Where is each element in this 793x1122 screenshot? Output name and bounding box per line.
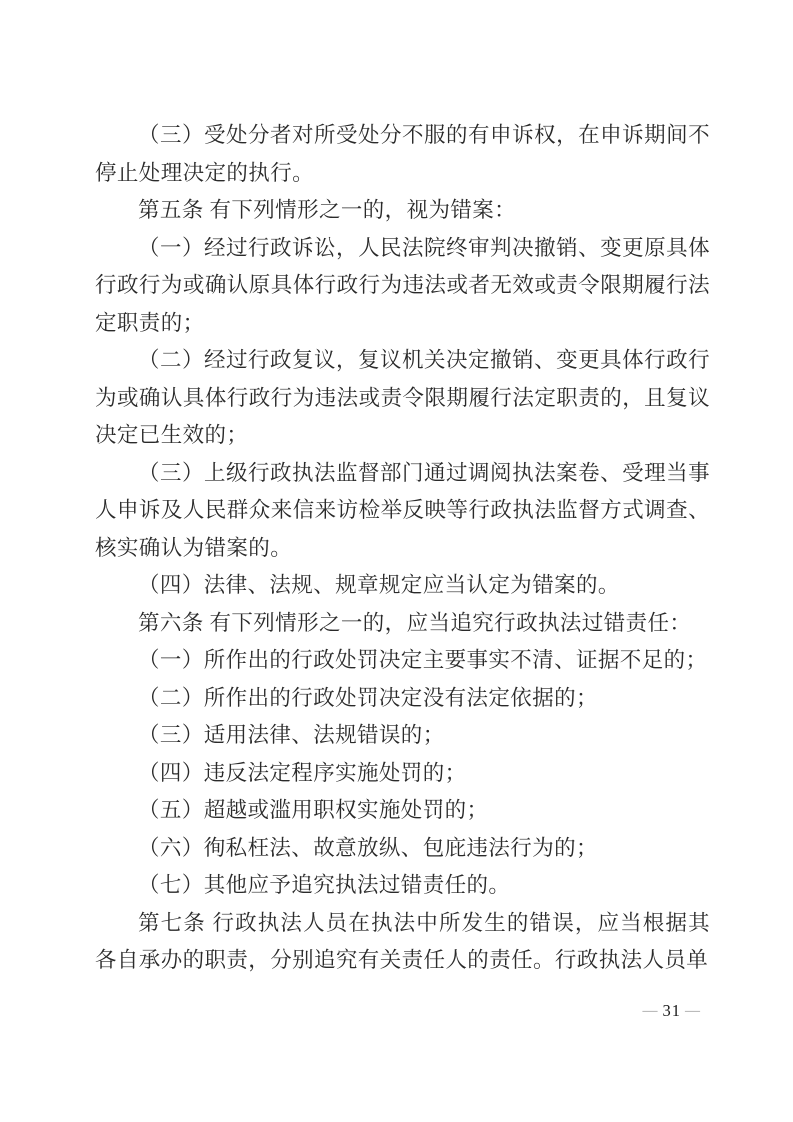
para-item-3-appeal-right: （三）受处分者对所受处分不服的有申诉权，在申诉期间不停止处理决定的执行。 bbox=[95, 117, 710, 192]
page-number-left-dash: — bbox=[643, 1003, 659, 1019]
article-6-item-1: （一）所作出的行政处罚决定主要事实不清、证据不足的； bbox=[95, 642, 710, 680]
article-6-item-4: （四）违反法定程序实施处罚的； bbox=[95, 755, 710, 793]
article-6-heading: 第六条 有下列情形之一的，应当追究行政执法过错责任： bbox=[95, 605, 710, 643]
article-6-item-7: （七）其他应予追究执法过错责任的。 bbox=[95, 867, 710, 905]
document-page: （三）受处分者对所受处分不服的有申诉权，在申诉期间不停止处理决定的执行。 第五条… bbox=[0, 0, 793, 1122]
article-5-item-2: （二）经过行政复议，复议机关决定撤销、变更具体行政行为或确认具体行政行为违法或责… bbox=[95, 342, 710, 455]
article-5-item-4: （四）法律、法规、规章规定应当认定为错案的。 bbox=[95, 567, 710, 605]
article-5-heading: 第五条 有下列情形之一的，视为错案： bbox=[95, 192, 710, 230]
article-6-item-5: （五）超越或滥用职权实施处罚的； bbox=[95, 792, 710, 830]
article-5-item-3: （三）上级行政执法监督部门通过调阅执法案卷、受理当事人申诉及人民群众来信来访检举… bbox=[95, 455, 710, 568]
document-body: （三）受处分者对所受处分不服的有申诉权，在申诉期间不停止处理决定的执行。 第五条… bbox=[95, 117, 710, 980]
page-number: —31— bbox=[643, 1001, 702, 1022]
page-number-right-dash: — bbox=[685, 1003, 701, 1019]
article-6-item-6: （六）徇私枉法、故意放纵、包庇违法行为的； bbox=[95, 830, 710, 868]
article-7-paragraph: 第七条 行政执法人员在执法中所发生的错误，应当根据其各自承办的职责，分别追究有关… bbox=[95, 905, 710, 980]
article-5-item-1: （一）经过行政诉讼，人民法院终审判决撤销、变更原具体行政行为或确认原具体行政行为… bbox=[95, 230, 710, 343]
article-6-item-3: （三）适用法律、法规错误的； bbox=[95, 717, 710, 755]
article-6-item-2: （二）所作出的行政处罚决定没有法定依据的； bbox=[95, 680, 710, 718]
page-number-value: 31 bbox=[659, 1001, 686, 1020]
